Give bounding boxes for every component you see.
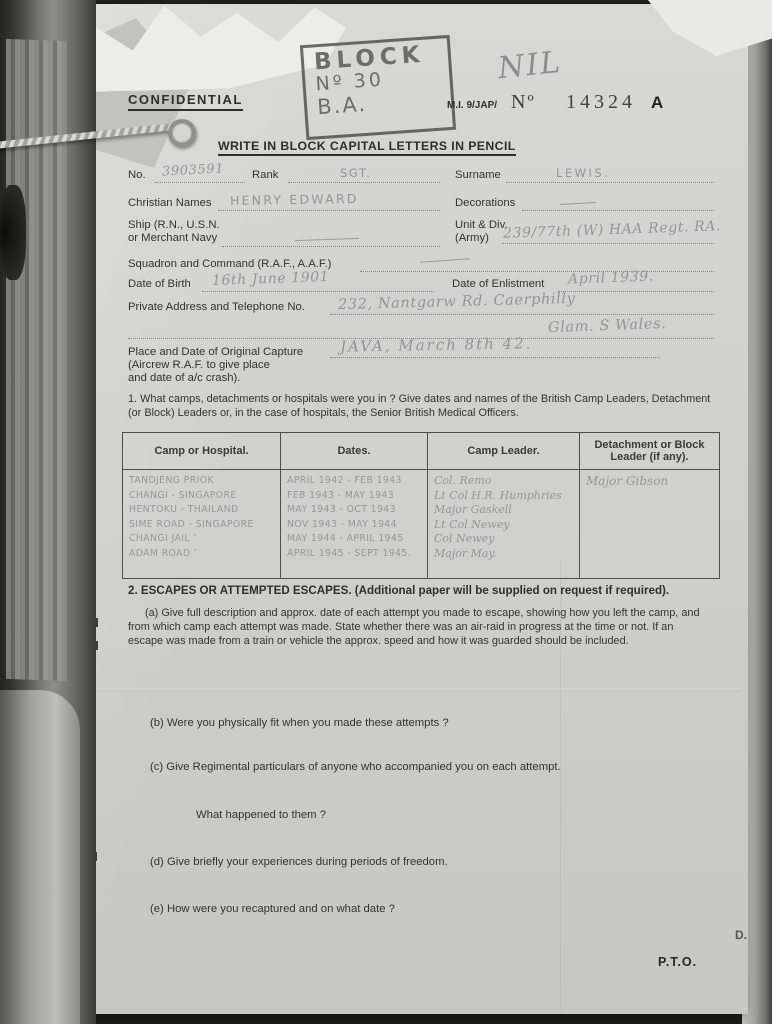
rank-label: Rank: [252, 169, 278, 181]
rule: [330, 313, 714, 315]
pto-turn-over-label: P.T.O.: [658, 955, 697, 969]
leader-entry: Major Gaskell: [434, 503, 575, 518]
question2a-line1: (a) Give full description and approx. da…: [145, 607, 700, 619]
rule: [502, 242, 714, 244]
question2e: (e) How were you recaptured and on what …: [150, 903, 395, 915]
dates-column: APRIL 1942 - FEB 1943 FEB 1943 - MAY 194…: [281, 470, 428, 579]
unit-div-label-line1: Unit & Div.: [455, 219, 508, 231]
behind-page-letter: D.: [735, 928, 747, 942]
question1-line1: 1. What camps, detachments or hospitals …: [128, 393, 710, 405]
date-of-enlistment-value: April 1939.: [568, 269, 654, 288]
capture-label-line1: Place and Date of Original Capture: [128, 346, 303, 358]
question2-heading: 2. ESCAPES OR ATTEMPTED ESCAPES. (Additi…: [128, 584, 669, 597]
col-header-camp: Camp or Hospital.: [123, 433, 281, 470]
camps-table-body-row: TANDJENG PRIOK CHANGI - SINGAPORE HENTOK…: [123, 470, 720, 579]
mi9-reference-label: M.I. 9/JAP/: [447, 100, 497, 111]
date-of-enlistment-label: Date of Enlistment: [452, 278, 544, 290]
block-number-stamp: BLOCK Nº 30 B.A.: [300, 35, 456, 140]
col-header-dates: Dates.: [281, 433, 428, 470]
camp-entry: ADAM ROAD ″: [129, 547, 276, 562]
scanned-pow-questionnaire-photo: CONFIDENTIAL BLOCK Nº 30 B.A. NIL M.I. 9…: [0, 0, 772, 1024]
camp-entry: HENTOKU - THAILAND: [129, 503, 276, 518]
dates-entry: NOV 1943 - MAY 1944: [287, 518, 423, 533]
squadron-command-label: Squadron and Command (R.A.F., A.A.F.): [128, 258, 331, 270]
series-letter: A: [651, 93, 663, 113]
leader-entry: Lt Col H.R. Humphries: [434, 489, 575, 504]
dates-entry: FEB 1943 - MAY 1943: [287, 489, 423, 504]
camps-table: Camp or Hospital. Dates. Camp Leader. De…: [122, 432, 720, 579]
file-no-label: Nº: [511, 91, 536, 114]
rule: [222, 245, 440, 247]
christian-names-label: Christian Names: [128, 197, 212, 209]
question2a-line3: escape was made from a train or vehicle …: [128, 635, 629, 647]
rule: [218, 209, 440, 211]
date-of-birth-label: Date of Birth: [128, 278, 191, 290]
camp-entry: CHANGI - SINGAPORE: [129, 489, 276, 504]
camp-entry: SIME ROAD - SINGAPORE: [129, 518, 276, 533]
camp-entry: CHANGI JAIL ″: [129, 532, 276, 547]
rule: [558, 290, 714, 292]
dates-entry: MAY 1943 - OCT 1943: [287, 503, 423, 518]
capture-label-line2: (Aircrew R.A.F. to give place: [128, 359, 270, 371]
binding-shadow-hole: [0, 185, 26, 280]
col-header-leader: Camp Leader.: [428, 433, 580, 470]
camps-table-header-row: Camp or Hospital. Dates. Camp Leader. De…: [123, 433, 720, 470]
leader-column: Col. Remo Lt Col H.R. Humphries Major Ga…: [428, 470, 580, 579]
string-grommet-eyelet: [168, 119, 196, 147]
rule: [330, 356, 660, 358]
rule: [360, 270, 714, 272]
private-address-label: Private Address and Telephone No.: [128, 301, 305, 313]
question1-line2: (or Block) Leaders or, in the case of ho…: [128, 407, 519, 419]
question2b: (b) Were you physically fit when you mad…: [150, 717, 449, 729]
question2c: (c) Give Regimental particulars of anyon…: [150, 761, 561, 773]
binding-bottom-paper-curl: [0, 690, 80, 1024]
question2d: (d) Give briefly your experiences during…: [150, 856, 448, 868]
ship-label-line1: Ship (R.N., U.S.N.: [128, 219, 220, 231]
file-number-stamp: 14324: [566, 91, 636, 114]
surname-label: Surname: [455, 169, 501, 181]
dates-entry: APRIL 1942 - FEB 1943: [287, 474, 423, 489]
block-leader-column: Major Gibson: [580, 470, 720, 579]
ship-label-line2: or Merchant Navy: [128, 232, 217, 244]
page-edge-mark: [94, 852, 97, 861]
service-no-label: No.: [128, 169, 146, 181]
nil-pencil-annotation: NIL: [496, 45, 563, 87]
rule: [288, 181, 440, 183]
rule: [155, 181, 245, 183]
dates-entry: APRIL 1945 - SEPT 1945.: [287, 547, 423, 562]
capture-label-line3: and date of a/c crash).: [128, 372, 240, 384]
page-edge-mark: [95, 618, 98, 627]
col-header-block-leader: Detachment or Block Leader (if any).: [580, 433, 720, 470]
dates-entry: MAY 1944 - APRIL 1945: [287, 532, 423, 547]
question2c-followup: What happened to them ?: [196, 809, 326, 821]
unit-div-label-line2: (Army): [455, 232, 489, 244]
surname-value: LEWIS.: [556, 166, 610, 180]
leader-entry: Col Newey: [434, 532, 575, 547]
leader-entry: Col. Remo: [434, 474, 575, 489]
rule: [522, 209, 714, 211]
rule: [202, 290, 434, 292]
decorations-label: Decorations: [455, 197, 515, 209]
rule: [506, 181, 714, 183]
camp-entry: TANDJENG PRIOK: [129, 474, 276, 489]
confidential-classification: CONFIDENTIAL: [128, 92, 243, 111]
camp-column: TANDJENG PRIOK CHANGI - SINGAPORE HENTOK…: [123, 470, 281, 579]
leader-entry: Lt Col Newey: [434, 518, 575, 533]
block-leader-entry: Major Gibson: [586, 474, 715, 489]
block-capitals-instruction: WRITE IN BLOCK CAPITAL LETTERS IN PENCIL: [218, 139, 516, 156]
question2a-line2: from which camp each attempt was made. S…: [128, 621, 673, 633]
rank-value: SGT.: [340, 166, 372, 180]
capture-value: JAVA, March 8th 42.: [340, 334, 533, 355]
paper-crease-horizontal: [90, 688, 740, 692]
page-edge-mark: [95, 641, 98, 650]
christian-names-value: HENRY EDWARD: [230, 191, 359, 208]
leader-entry: Major May.: [434, 547, 575, 562]
